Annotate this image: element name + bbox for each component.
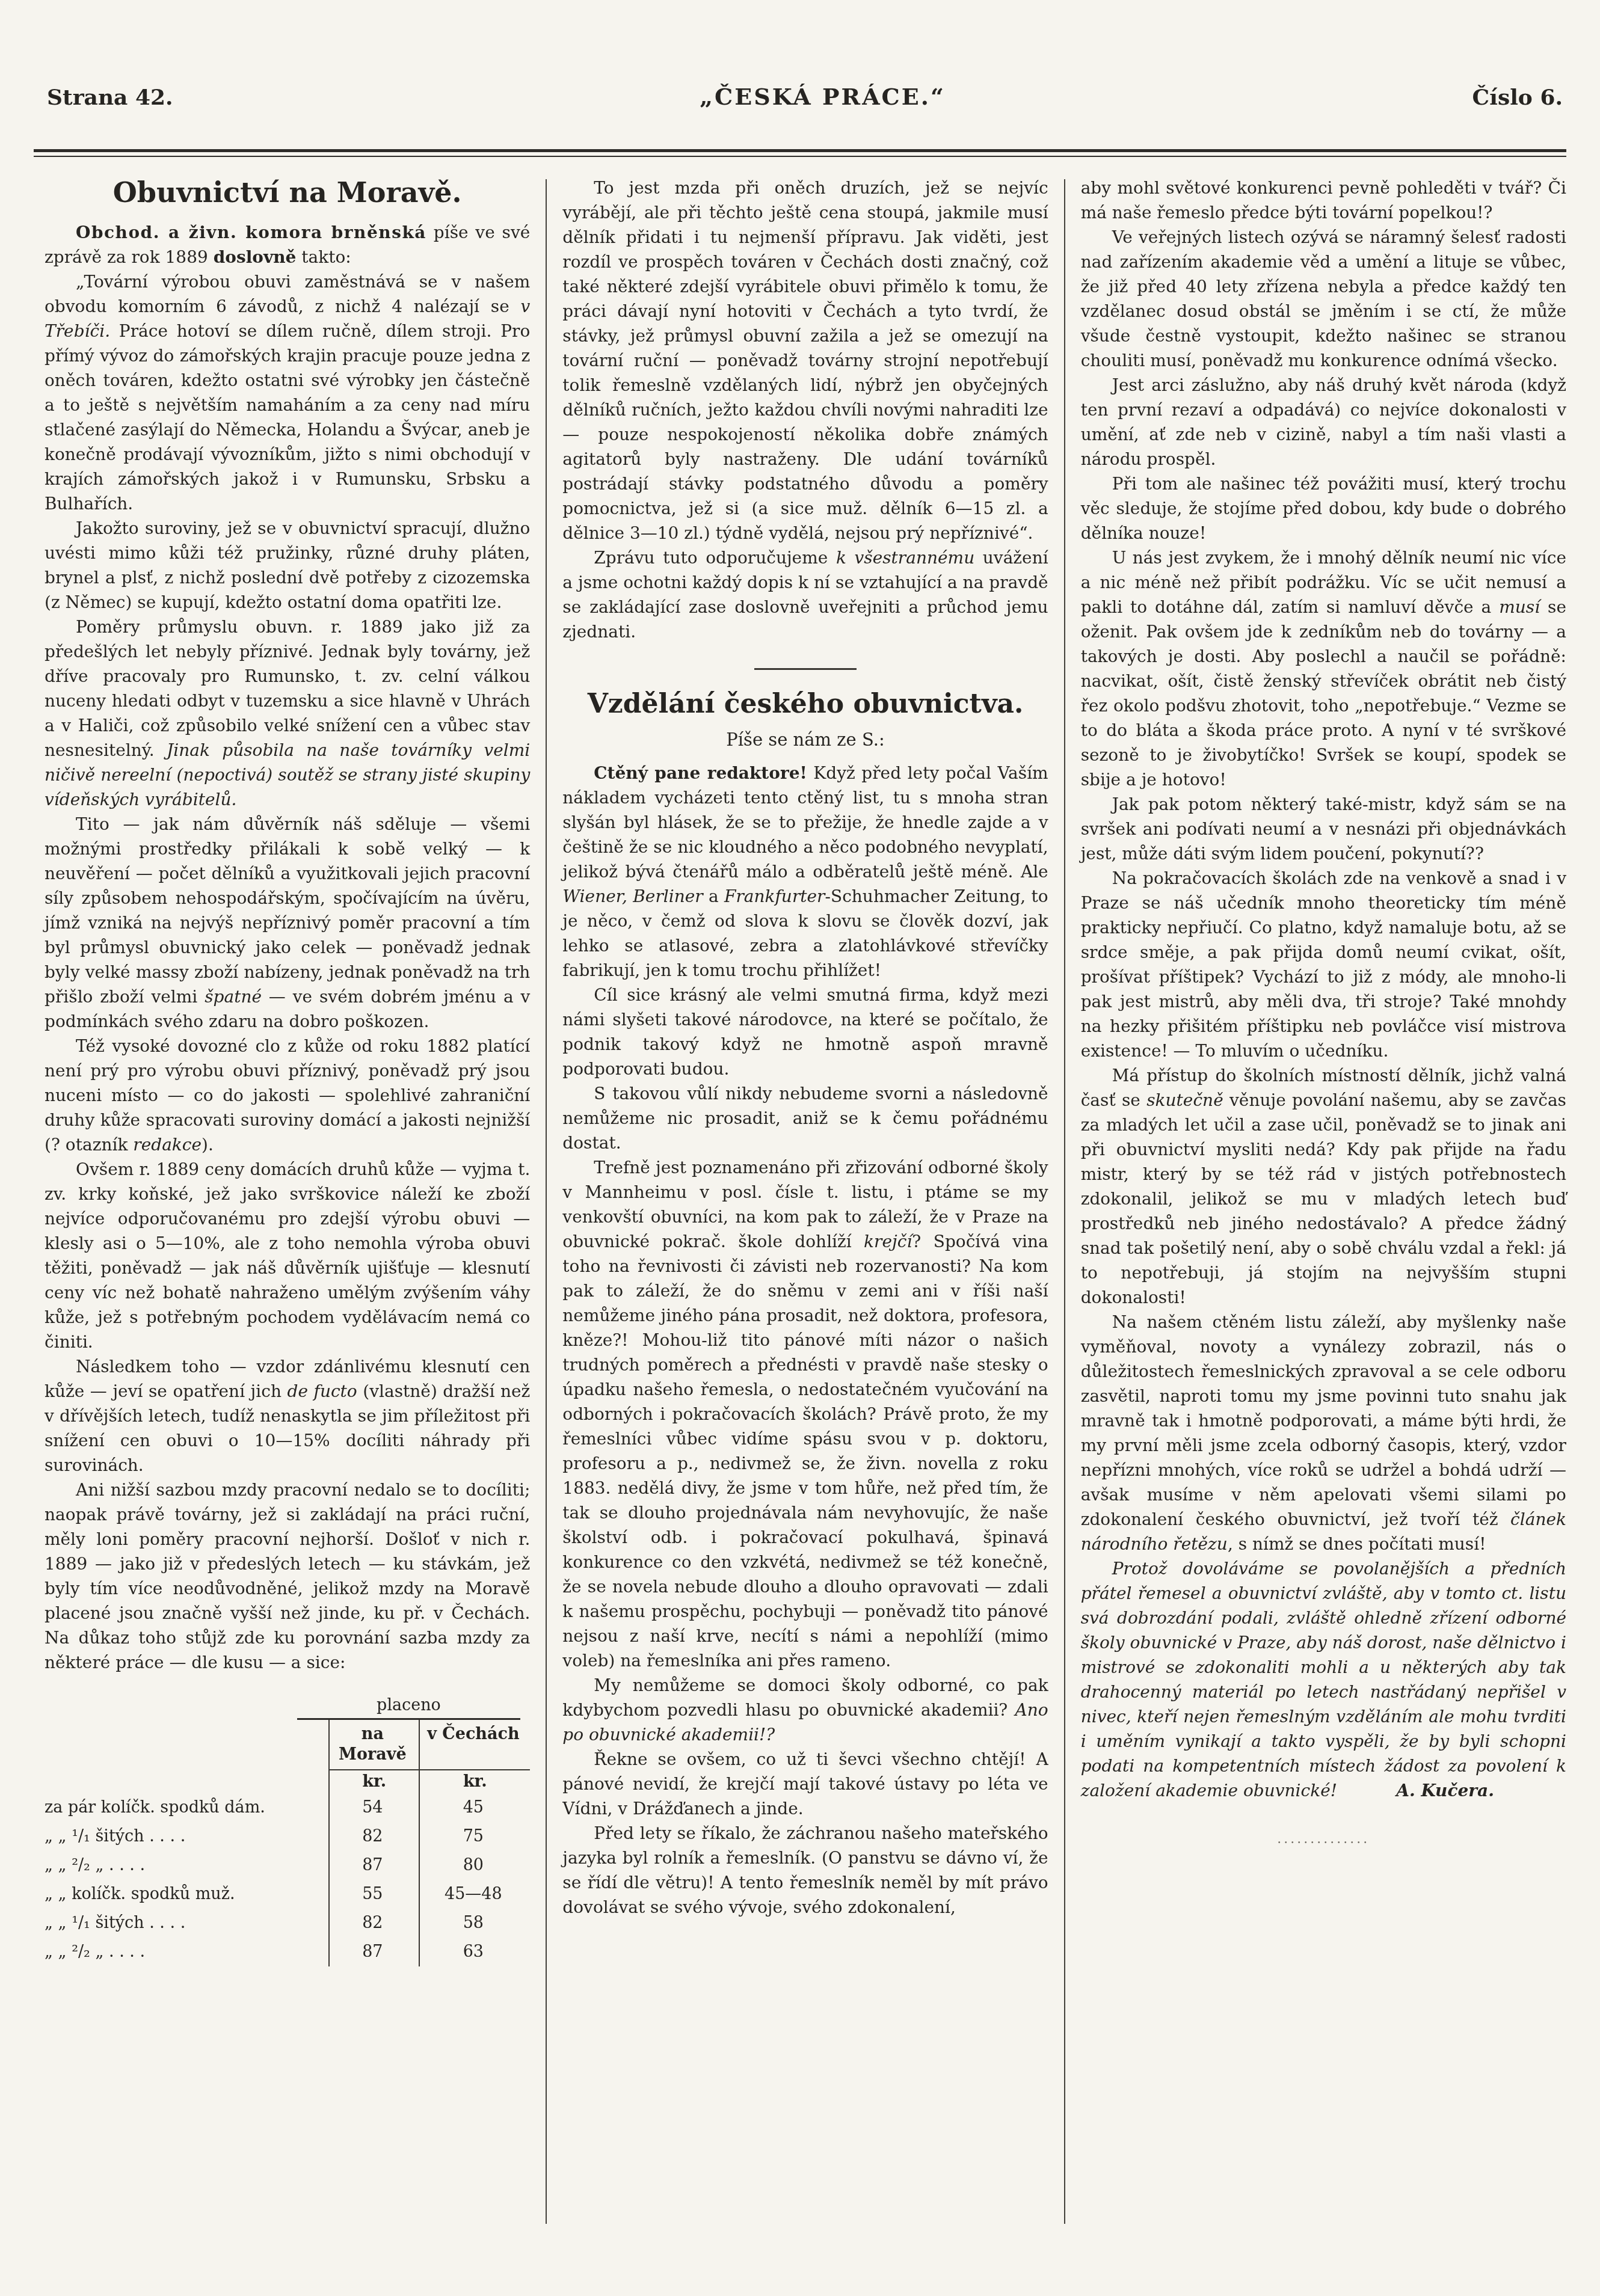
paragraph: Jest arci záslužno, aby náš druhý květ n…: [1081, 373, 1566, 471]
table-cell: 80: [419, 1851, 530, 1880]
paragraph: Ani nižší sazbou mzdy pracovní nedalo se…: [45, 1478, 530, 1675]
table-row-label: „ „ kolíčk. spodků muž.: [45, 1880, 328, 1909]
paragraph: Následkem toho — vzdor zdánlivému klesnu…: [45, 1354, 530, 1478]
column-divider: [546, 179, 547, 2224]
paragraph: Obchod. a živn. komora brněnská píše ve …: [45, 220, 530, 269]
paragraph: Jakožto suroviny, jež se v obuvnictví sp…: [45, 516, 530, 615]
table-cell: 82: [328, 1909, 419, 1938]
table-row-label: za pár kolíčk. spodků dám.: [45, 1793, 328, 1822]
table-unit-empty: [45, 1770, 328, 1793]
paragraph: Před lety se říkalo, že záchranou našeho…: [562, 1821, 1048, 1920]
page-header: Strana 42. „ČESKÁ PRÁCE.“ Číslo 6.: [47, 83, 1563, 110]
table-cell: 87: [328, 1851, 419, 1880]
paragraph: aby mohl světové konkurenci pevně pohled…: [1081, 176, 1566, 225]
table-cell: 54: [328, 1793, 419, 1822]
issue-number: Číslo 6.: [1472, 85, 1563, 110]
paragraph: Ovšem r. 1889 ceny domácích druhů kůže —…: [45, 1157, 530, 1354]
article-title: Vzdělání českého obuvnictva.: [562, 688, 1048, 720]
table-cell: 58: [419, 1909, 530, 1938]
table-col-header: na Moravě: [328, 1720, 419, 1770]
column-divider: [1064, 179, 1065, 2224]
paragraph: Na pokračovacích školách zde na venkově …: [1081, 866, 1566, 1063]
table-cell: 75: [419, 1822, 530, 1851]
paragraph: Trefně jest poznamenáno při zřizování od…: [562, 1155, 1048, 1673]
table-col-header: v Čechách: [419, 1720, 530, 1770]
section-divider: [754, 668, 857, 670]
paragraph: Ctěný pane redaktore! Když před lety poč…: [562, 761, 1048, 983]
table-header-empty: [45, 1720, 328, 1770]
wage-table: placeno na Moravě v Čechách kr. kr. za p…: [45, 1695, 530, 1966]
newspaper-title: „ČESKÁ PRÁCE.“: [700, 83, 946, 110]
paragraph: My nemůžeme se domoci školy odborné, co …: [562, 1673, 1048, 1747]
paragraph: Zprávu tuto odporučujeme k všestrannému …: [562, 545, 1048, 644]
column-3: aby mohl světové konkurenci pevně pohled…: [1081, 176, 1566, 1855]
paragraph: Při tom ale našinec též povážiti musí, k…: [1081, 471, 1566, 545]
paragraph: Poměry průmyslu obuvn. r. 1889 jako již …: [45, 615, 530, 812]
paragraph: Protož dovoláváme se povolanějších a pře…: [1081, 1556, 1566, 1803]
newspaper-page: Strana 42. „ČESKÁ PRÁCE.“ Číslo 6. Obuvn…: [0, 0, 1600, 2296]
table-row-label: „ „ ¹/₁ šitých . . . .: [45, 1822, 328, 1851]
table-unit: kr.: [419, 1770, 530, 1793]
page-number: Strana 42.: [47, 85, 173, 110]
paragraph: Též vysoké dovozné clo z kůže od roku 18…: [45, 1034, 530, 1157]
paragraph: Na našem ctěném listu záleží, aby myšlen…: [1081, 1310, 1566, 1556]
paragraph: U nás jest zvykem, že i mnohý dělník neu…: [1081, 545, 1566, 792]
end-ornament: ··············: [1081, 1831, 1566, 1855]
article-title: Obuvnictví na Moravě.: [45, 176, 530, 209]
columns: Obuvnictví na Moravě. Obchod. a živn. ko…: [45, 176, 1566, 2224]
table-cell: 45—48: [419, 1880, 530, 1909]
paragraph: Řekne se ovšem, co už ti ševci všechno c…: [562, 1747, 1048, 1821]
paragraph: Ve veřejných listech ozývá se náramný še…: [1081, 225, 1566, 373]
table-row-label: „ „ ²/₂ „ . . . .: [45, 1938, 328, 1966]
header-rule: [34, 149, 1566, 157]
table-cell: 45: [419, 1793, 530, 1822]
paragraph: Jak pak potom některý také-mistr, když s…: [1081, 792, 1566, 866]
table-cell: 55: [328, 1880, 419, 1909]
table-caption: placeno: [297, 1695, 520, 1720]
table-unit: kr.: [328, 1770, 419, 1793]
paragraph: To jest mzda při oněch druzích, jež se n…: [562, 176, 1048, 545]
table-cell: 87: [328, 1938, 419, 1966]
table-row-label: „ „ ²/₂ „ . . . .: [45, 1851, 328, 1880]
paragraph: „Tovární výrobou obuvi zaměstnává se v n…: [45, 269, 530, 516]
paragraph: S takovou vůlí nikdy nebudeme svorni a n…: [562, 1081, 1048, 1155]
paragraph: Tito — jak nám důvěrník náš sděluje — vš…: [45, 812, 530, 1034]
paragraph: Cíl sice krásný ale velmi smutná firma, …: [562, 983, 1048, 1081]
table-row-label: „ „ ¹/₁ šitých . . . .: [45, 1909, 328, 1938]
paragraph: Má přístup do školních místností dělník,…: [1081, 1063, 1566, 1310]
column-1: Obuvnictví na Moravě. Obchod. a živn. ko…: [45, 176, 530, 1966]
source-line: Píše se nám ze S.:: [562, 728, 1048, 752]
table-cell: 63: [419, 1938, 530, 1966]
table-cell: 82: [328, 1822, 419, 1851]
column-2: To jest mzda při oněch druzích, jež se n…: [562, 176, 1048, 1920]
